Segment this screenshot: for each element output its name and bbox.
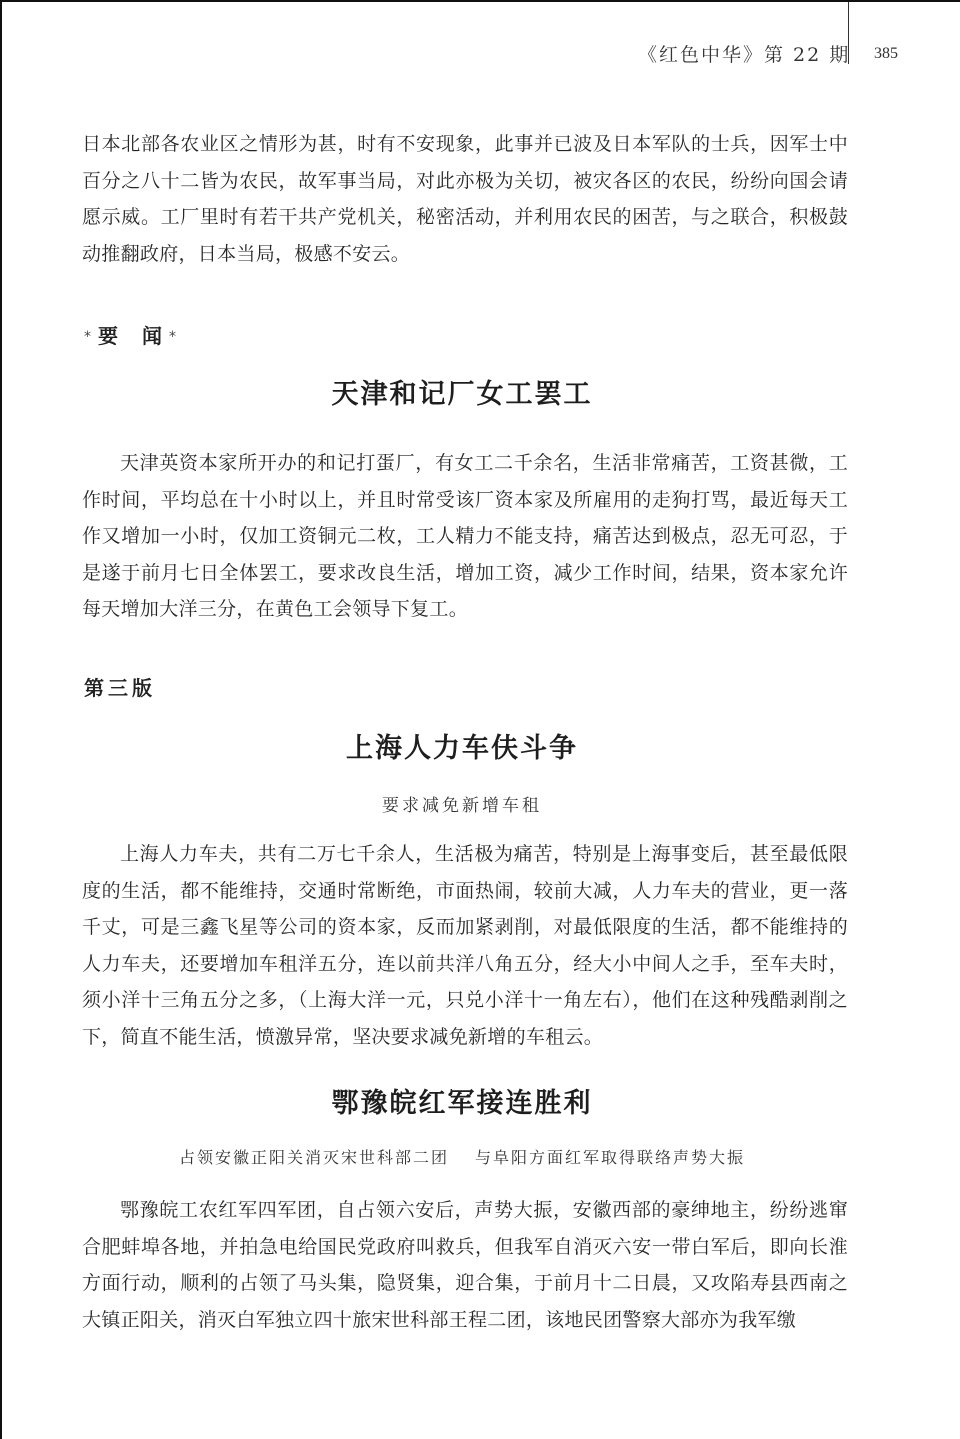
tianjin-paragraph: 天津英资本家所开办的和记打蛋厂，有女工二千余名，生活非常痛苦，工资甚微，工作时间… [82,445,848,628]
page-number: 385 [874,45,898,63]
document-page: 《红色中华》第 22 期 385 日本北部各农业区之情形为甚，时有不安现象，此事… [0,0,960,1439]
header-divider [848,2,849,64]
section-label-news: * 要闻 * [84,320,176,349]
journal-title: 《红色中华》第 22 期 [638,40,850,67]
section-label-part: 要 [98,324,118,348]
subhead-eyuwan: 占领安徽正阳关消灭宋世科部二团与阜阳方面红军取得联络声势大振 [2,1145,922,1168]
star-icon: * [169,329,176,345]
shanghai-paragraph: 上海人力车夫，共有二万七千余人，生活极为痛苦，特别是上海事变后，甚至最低限度的生… [82,836,848,1056]
subhead-part: 与阜阳方面红军取得联络声势大振 [475,1148,745,1167]
headline-tianjin: 天津和记厂女工罢工 [2,372,922,411]
star-icon: * [84,329,91,345]
headline-text: 鄂豫皖红军接连胜利 [332,1088,593,1119]
eyuwan-paragraph: 鄂豫皖工农红军四军团，自占领六安后，声势大振，安徽西部的豪绅地主，纷纷逃窜合肥蚌… [82,1192,848,1338]
intro-paragraph: 日本北部各农业区之情形为甚，时有不安现象，此事并已波及日本军队的士兵，因军士中百… [82,126,848,272]
headline-eyuwan: 鄂豫皖红军接连胜利 [2,1081,922,1120]
headline-shanghai: 上海人力车伕斗争 [2,726,922,765]
section-label-part: 闻 [142,324,162,348]
section-label-page3: 第三版 [84,672,156,701]
subhead-part: 占领安徽正阳关消灭宋世科部二团 [179,1148,449,1167]
subhead-shanghai: 要求减免新增车租 [2,791,922,816]
